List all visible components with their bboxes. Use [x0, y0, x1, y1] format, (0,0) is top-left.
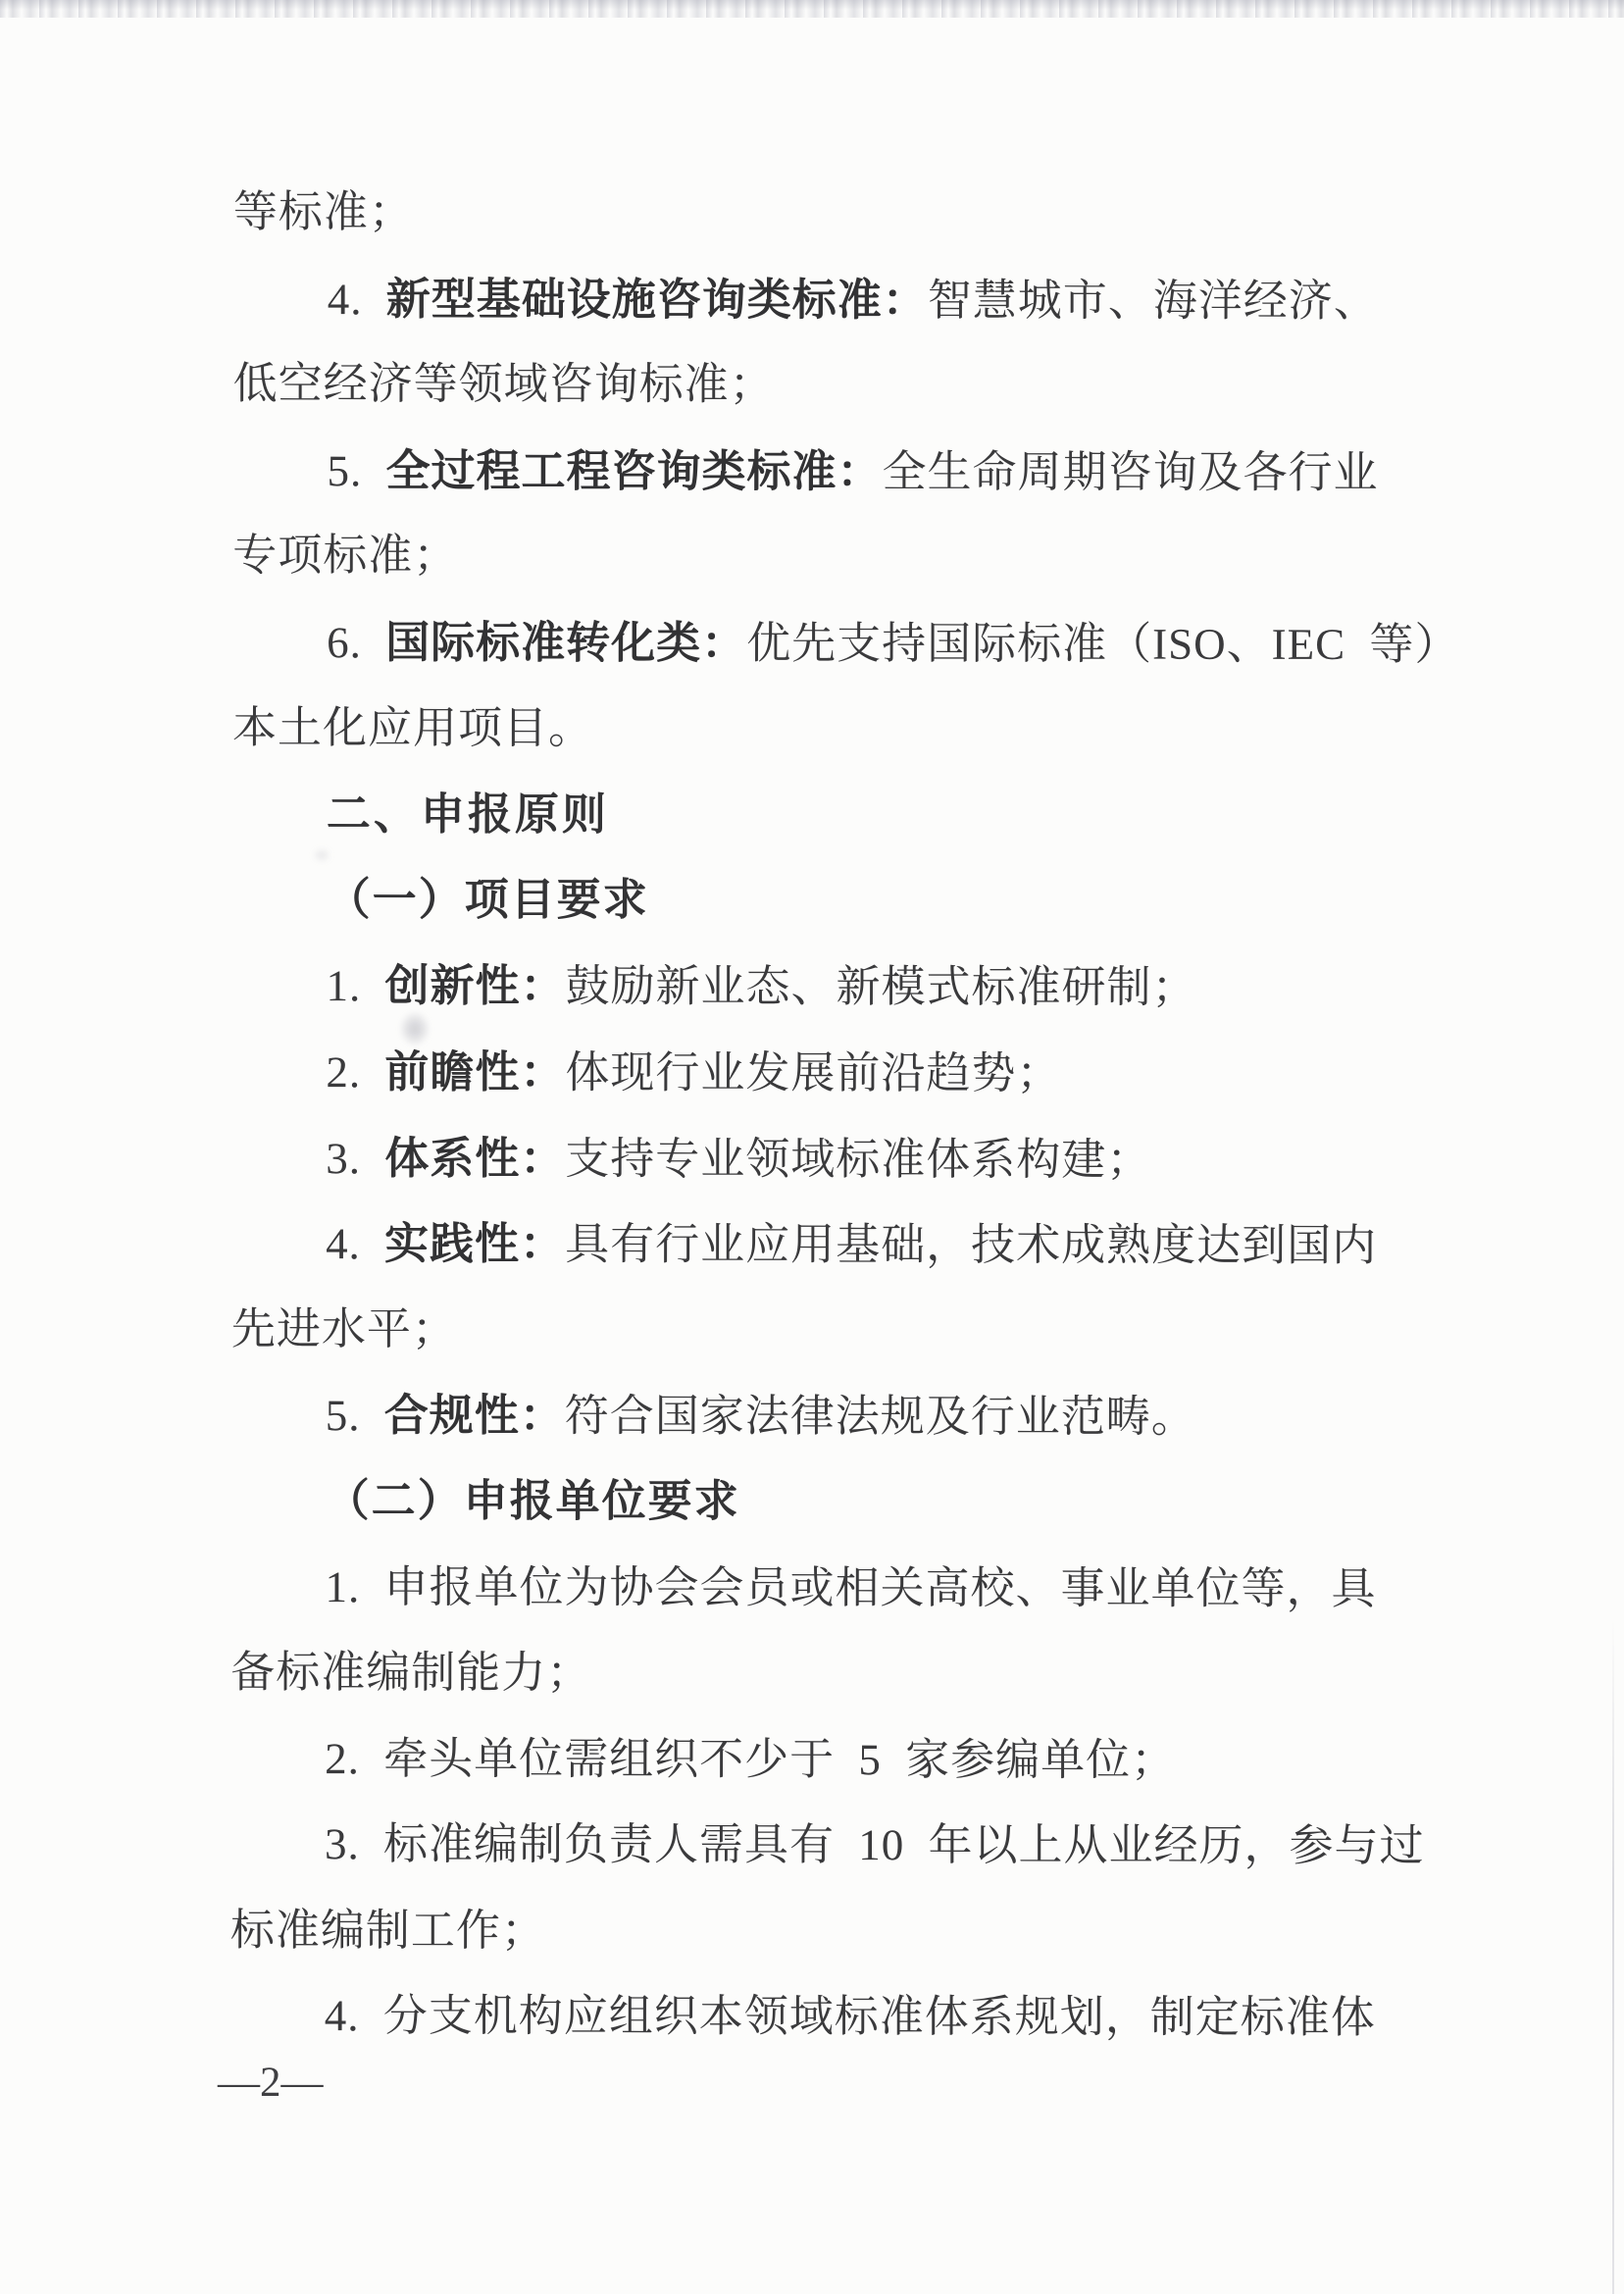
- text-run: 2. 牵头单位需组织不少于 5 家参编单位；: [325, 1734, 1176, 1785]
- text-run: 4.: [326, 1219, 384, 1268]
- text-line: 4. 分支机构应组织本领域标准体系规划，制定标准体: [230, 1973, 1397, 2062]
- text-run: 本土化应用项目。: [232, 703, 593, 753]
- text-line: 1. 申报单位为协会会员或相关高校、事业单位等，具: [230, 1544, 1397, 1632]
- document-page: { "colors": { "text": "#3a3a3c", "paper"…: [0, 0, 1624, 2294]
- text-line: 备标准编制能力；: [230, 1630, 1397, 1718]
- text-run: 1. 申报单位为协会会员或相关高校、事业单位等，具: [325, 1562, 1376, 1613]
- text-run: 3. 标准编制负责人需具有 10 年以上从业经历，参与过: [325, 1819, 1425, 1870]
- text-run: 5.: [327, 446, 385, 495]
- text-line: 5. 全过程工程咨询类标准：全生命周期咨询及各行业: [232, 428, 1399, 516]
- text-line: 专项标准；: [232, 513, 1399, 601]
- text-run: 具有行业应用基础，技术成熟度达到国内: [565, 1220, 1377, 1270]
- text-run: 5.: [326, 1391, 384, 1440]
- text-run: 备标准编制能力；: [230, 1648, 591, 1698]
- text-run: 4.: [328, 275, 386, 324]
- text-run: 等标准；: [233, 187, 414, 236]
- bold-term: 体系性：: [384, 1133, 565, 1183]
- scan-artifact-right-edge: [1612, 1618, 1614, 2294]
- bold-term: （二）申报单位要求: [326, 1476, 740, 1526]
- text-run: 符合国家法律法规及行业范畴。: [565, 1392, 1196, 1442]
- bold-term: （一）项目要求: [327, 875, 649, 925]
- text-line: 本土化应用项目。: [232, 686, 1399, 774]
- document-body: 等标准；4. 新型基础设施咨询类标准：智慧城市、海洋经济、低空经济等领域咨询标准…: [230, 170, 1400, 2062]
- text-run: 智慧城市、海洋经济、: [928, 276, 1379, 326]
- text-run: 支持专业领域标准体系构建；: [565, 1134, 1151, 1184]
- text-line: 3. 标准编制负责人需具有 10 年以上从业经历，参与过: [230, 1802, 1397, 1890]
- bold-term: 创新性：: [385, 961, 566, 1011]
- text-line: 1. 创新性：鼓励新业态、新模式标准研制；: [231, 943, 1398, 1031]
- bold-term: 全过程工程咨询类标准：: [385, 445, 882, 496]
- bold-term: 实践性：: [384, 1218, 565, 1268]
- bold-term: 二、申报原则: [327, 789, 609, 840]
- bold-term: 合规性：: [384, 1391, 565, 1441]
- text-run: 4. 分支机构应组织本领域标准体系规划，制定标准体: [325, 1992, 1376, 2043]
- page-number: —2—: [218, 2054, 324, 2113]
- text-run: 低空经济等领域咨询标准；: [233, 359, 775, 409]
- bold-term: 国际标准转化类：: [385, 617, 746, 668]
- text-line: 3. 体系性：支持专业领域标准体系构建；: [231, 1115, 1398, 1203]
- scan-artifact-top-edge: [0, 0, 1624, 18]
- text-run: 6.: [327, 618, 385, 667]
- text-line: 4. 实践性：具有行业应用基础，技术成熟度达到国内: [231, 1200, 1398, 1289]
- text-line: 低空经济等领域咨询标准；: [233, 341, 1400, 430]
- subsection-heading: （一）项目要求: [232, 857, 1399, 945]
- text-line: 5. 合规性：符合国家法律法规及行业范畴。: [231, 1372, 1398, 1460]
- text-line: 标准编制工作；: [230, 1888, 1397, 1976]
- text-line: 4. 新型基础设施咨询类标准：智慧城市、海洋经济、: [233, 256, 1400, 344]
- bold-term: 前瞻性：: [384, 1046, 565, 1096]
- text-line: 先进水平；: [231, 1287, 1398, 1375]
- text-run: 标准编制工作；: [230, 1906, 546, 1956]
- text-line: 2. 牵头单位需组织不少于 5 家参编单位；: [230, 1716, 1397, 1805]
- text-run: 专项标准；: [232, 531, 458, 580]
- subsection-heading: （二）申报单位要求: [231, 1458, 1398, 1547]
- text-run: 1.: [327, 962, 385, 1011]
- text-run: 全生命周期咨询及各行业: [882, 447, 1378, 497]
- bold-term: 新型基础设施咨询类标准：: [386, 274, 928, 325]
- text-line: 2. 前瞻性：体现行业发展前沿趋势；: [231, 1029, 1398, 1117]
- text-run: 优先支持国际标准（ISO、IEC 等）: [746, 619, 1459, 669]
- text-line: 等标准；: [233, 170, 1400, 258]
- text-line: 6. 国际标准转化类：优先支持国际标准（ISO、IEC 等）: [232, 599, 1399, 688]
- section-heading: 二、申报原则: [232, 771, 1399, 859]
- text-run: 2.: [326, 1047, 384, 1096]
- text-run: 3.: [326, 1134, 384, 1183]
- scanned-page: 等标准；4. 新型基础设施咨询类标准：智慧城市、海洋经济、低空经济等领域咨询标准…: [0, 0, 1624, 2294]
- text-run: 鼓励新业态、新模式标准研制；: [566, 962, 1197, 1012]
- text-run: 体现行业发展前沿趋势；: [565, 1048, 1061, 1098]
- text-run: 先进水平；: [231, 1304, 457, 1353]
